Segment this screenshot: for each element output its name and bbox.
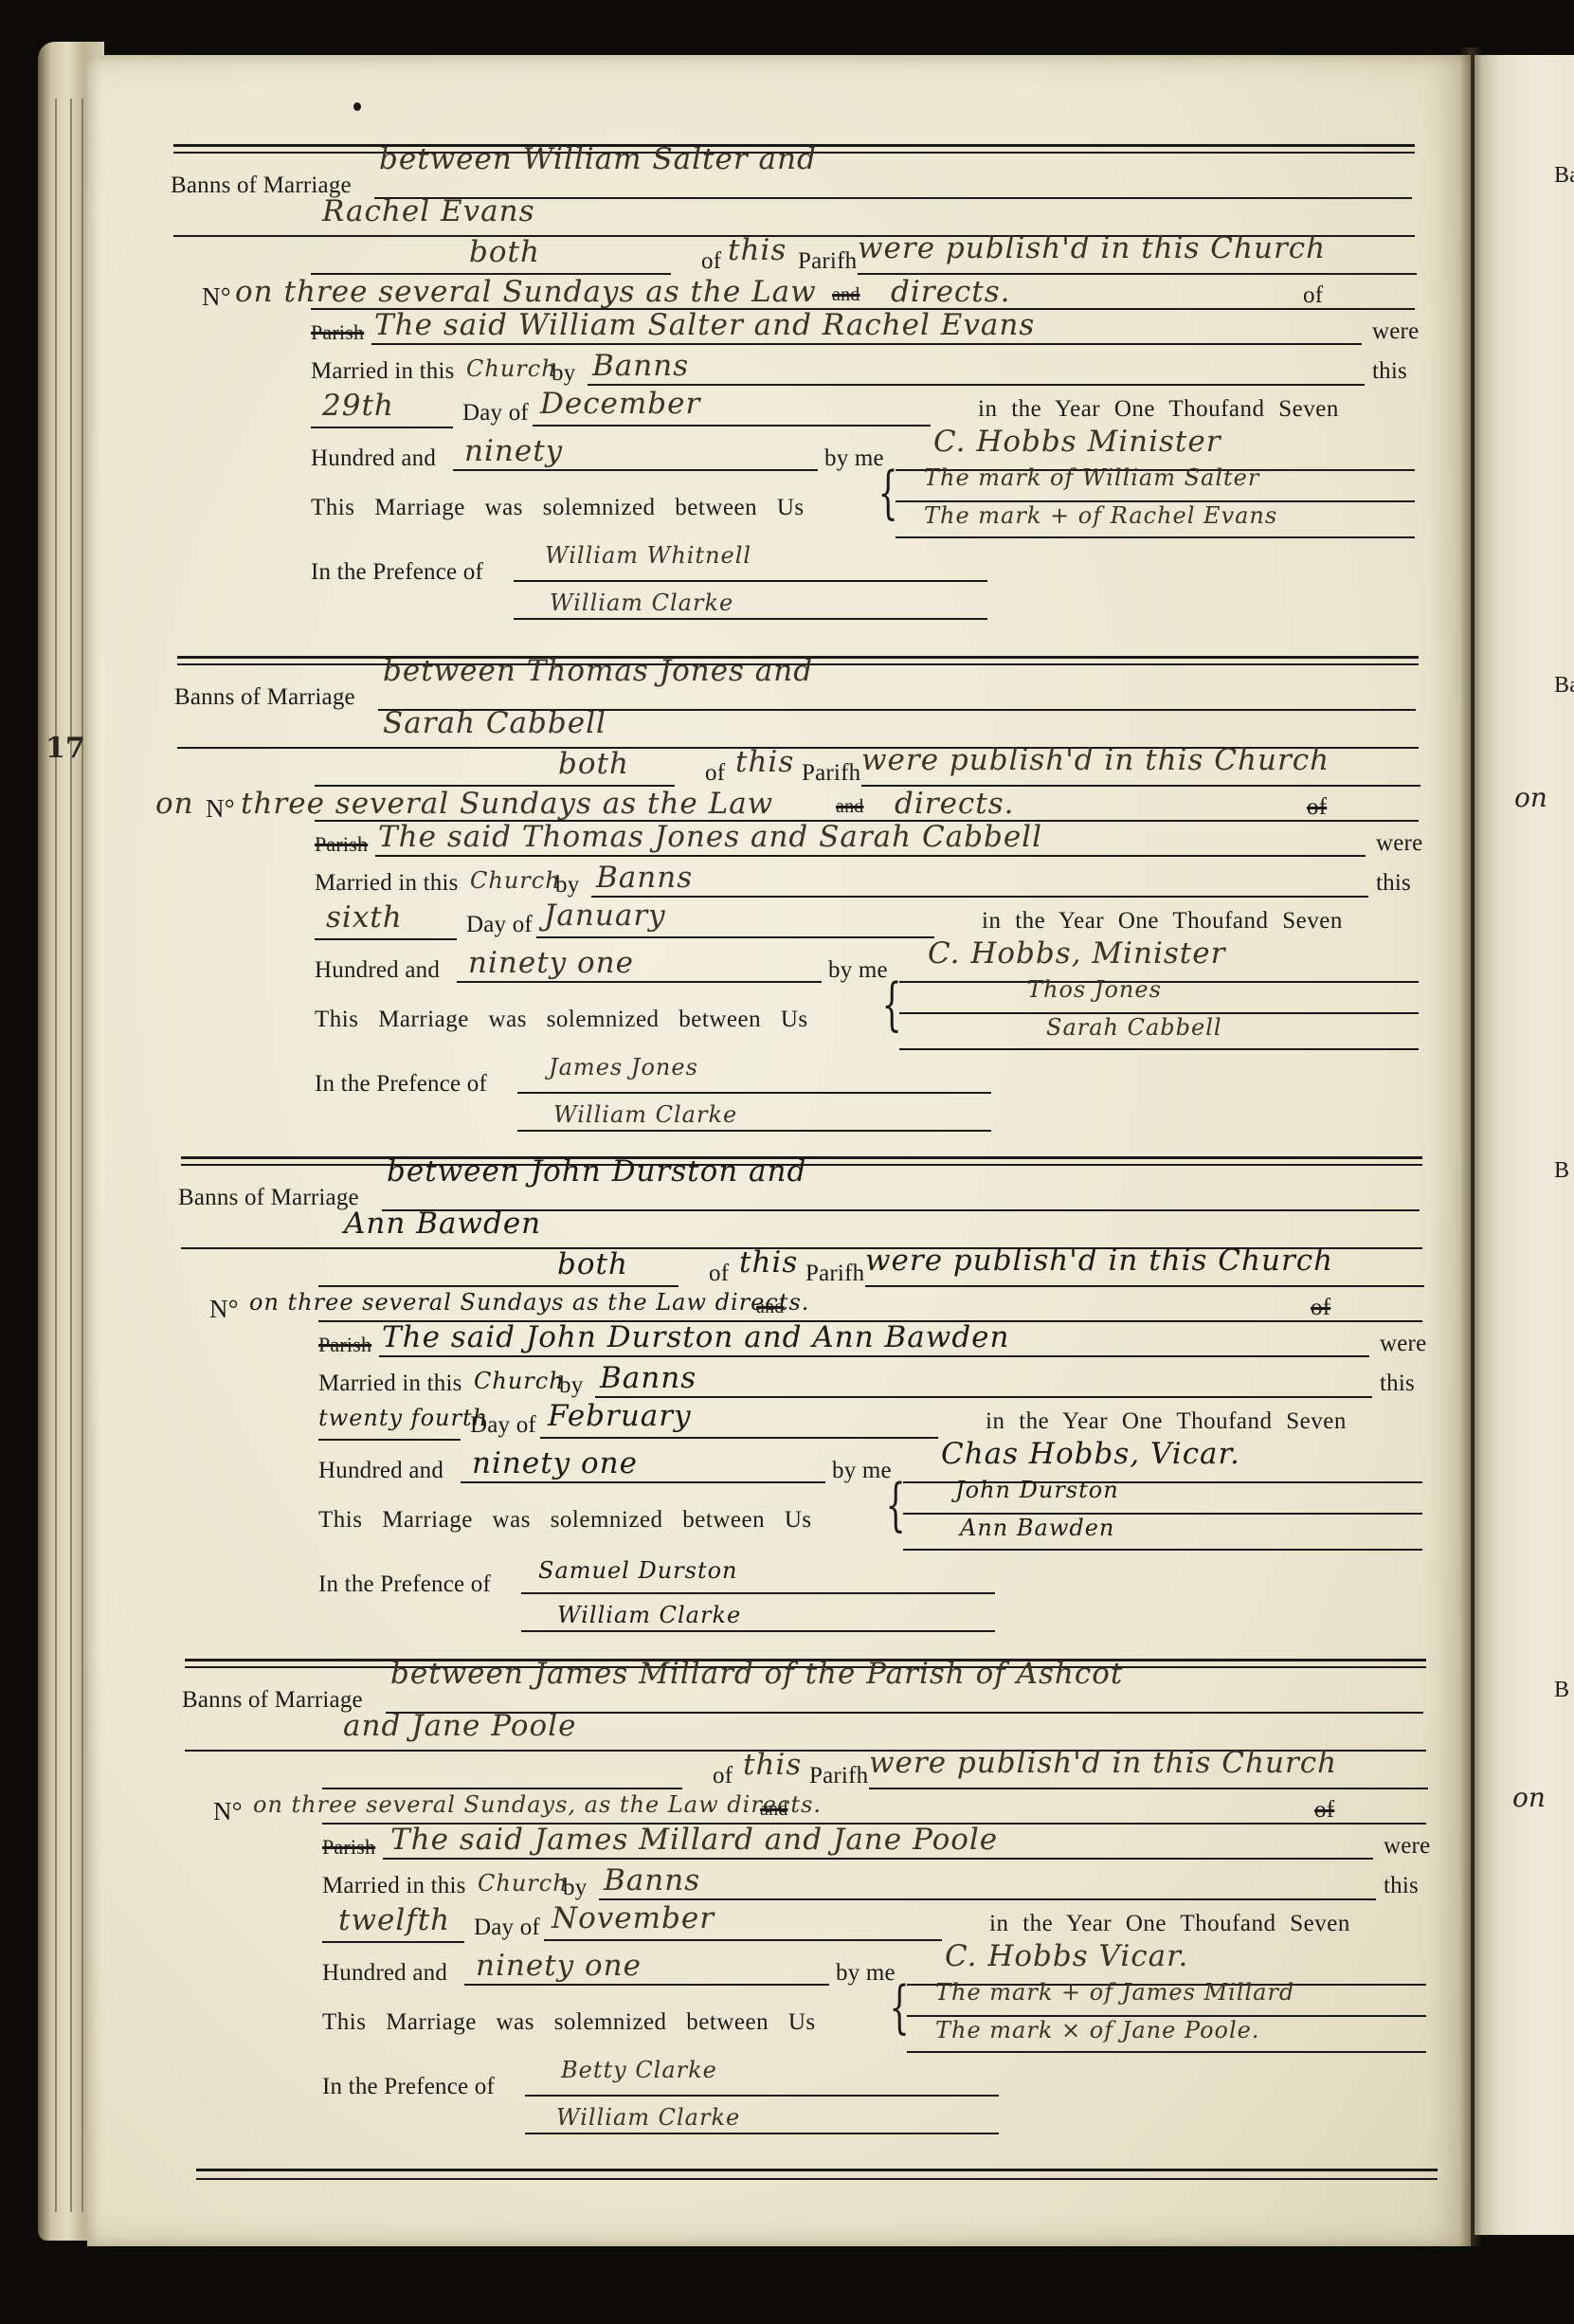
sundays-statement: three several Sundays as the Law	[241, 787, 773, 821]
form-text: this	[1372, 358, 1407, 385]
struck-form-text: Parish	[322, 1835, 375, 1860]
party1-signature: John Durston	[955, 1477, 1119, 1503]
form-text: were	[1372, 318, 1419, 345]
struck-form-text: of	[1307, 794, 1327, 821]
form-text: of	[1303, 282, 1323, 309]
said-parties: The said James Millard and Jane Poole	[390, 1823, 998, 1857]
form-text: of	[713, 1763, 733, 1789]
banns-parties-line2: Sarah Cabbell	[383, 706, 606, 740]
published-statement: were publish'd in this Church	[869, 1746, 1337, 1780]
form-text: Parifh	[809, 1763, 868, 1789]
marriage-year: ninety one	[472, 1446, 638, 1480]
published-statement: were publish'd in this Church	[861, 743, 1330, 777]
marriage-month: January	[544, 899, 666, 933]
form-text: Married in this	[315, 870, 459, 897]
facing-page-handwriting: on	[1512, 1782, 1546, 1813]
form-text: this	[1384, 1873, 1419, 1899]
party2-signature: The mark × of Jane Poole.	[935, 2017, 1260, 2043]
form-text: Hundred and	[318, 1458, 443, 1484]
form-text: Parifh	[798, 248, 857, 275]
marriage-method: Banns	[600, 1361, 697, 1395]
brace-symbol: {	[878, 464, 898, 521]
party1-signature: Thos Jones	[1027, 976, 1162, 1003]
marriage-day: 29th	[322, 389, 394, 423]
banns-label: Banns of Marriage	[182, 1687, 363, 1714]
brace-symbol: {	[882, 976, 902, 1033]
form-text: by	[552, 360, 575, 387]
facing-page-fragment: B	[1554, 1678, 1569, 1703]
solemnized-label: This Marriage was solemnized between Us	[318, 1507, 812, 1534]
form-text: were	[1376, 830, 1422, 857]
witness2-signature: William Clarke	[557, 1602, 741, 1628]
page-edge-line	[55, 99, 57, 2212]
struck-form-text: of	[1311, 1295, 1330, 1321]
form-text: by	[555, 872, 579, 899]
place-of-marriage: Church	[466, 355, 557, 382]
entry-number-label: N°	[206, 794, 235, 824]
sundays-statement: on three several Sundays, as the Law dir…	[253, 1791, 822, 1818]
officiant-signature: C. Hobbs Minister	[933, 425, 1221, 459]
solemnized-label: This Marriage was solemnized between Us	[315, 1007, 808, 1033]
entry-number-label: N°	[213, 1797, 243, 1826]
entry-number-label: N°	[209, 1295, 239, 1324]
marriage-year: ninety	[464, 434, 563, 468]
form-text: Hundred and	[315, 957, 440, 984]
facing-page	[1474, 55, 1574, 2235]
said-parties: The said Thomas Jones and Sarah Cabbell	[378, 820, 1042, 854]
form-text: by	[559, 1372, 583, 1399]
presence-label: In the Prefence of	[315, 1071, 487, 1098]
marriage-method: Banns	[592, 349, 689, 383]
facing-page-handwriting: on	[1514, 782, 1547, 813]
parish-qualifier: this	[743, 1748, 802, 1782]
banns-parties-line2: Ann Bawden	[344, 1207, 541, 1241]
witness1-signature: Betty Clarke	[561, 2057, 717, 2083]
witness2-signature: William Clarke	[556, 2104, 740, 2131]
page-edge-line	[70, 99, 72, 2212]
form-text: Parifh	[805, 1261, 864, 1287]
struck-form-text: Parish	[315, 832, 368, 857]
form-text: were	[1384, 1833, 1430, 1860]
form-text: in the Year One Thoufand Seven	[989, 1911, 1350, 1937]
residence-qualifier: both	[558, 747, 629, 781]
marriage-year: ninety one	[468, 946, 634, 980]
marriage-day: twelfth	[338, 1903, 450, 1937]
officiant-signature: C. Hobbs Vicar.	[945, 1939, 1188, 1973]
marriage-method: Banns	[596, 861, 693, 895]
published-statement: were publish'd in this Church	[858, 231, 1326, 265]
ink-speck	[353, 102, 361, 111]
banns-parties-line1: between James Millard of the Parish of A…	[390, 1657, 1123, 1691]
form-text: of	[705, 760, 725, 787]
form-text: Hundred and	[311, 445, 436, 472]
solemnized-label: This Marriage was solemnized between Us	[311, 495, 805, 521]
form-text: in the Year One Thoufand Seven	[986, 1408, 1347, 1435]
form-text: by me	[836, 1960, 896, 1987]
marriage-month: February	[548, 1399, 692, 1433]
struck-form-text: and	[760, 1799, 787, 1821]
form-text: Married in this	[311, 358, 455, 385]
witness2-signature: William Clarke	[553, 1101, 737, 1128]
struck-form-text: Parish	[311, 320, 364, 345]
residence-qualifier: both	[469, 235, 540, 269]
margin-folio-number: 17	[45, 732, 85, 765]
witness1-signature: William Whitnell	[545, 542, 751, 569]
form-text: this	[1376, 870, 1411, 897]
directs-text: directs.	[895, 787, 1015, 821]
sundays-statement: on three several Sundays as the Law	[235, 275, 817, 309]
marriage-month: November	[552, 1901, 715, 1935]
no-prefix: on	[155, 787, 194, 821]
form-text: in the Year One Thoufand Seven	[978, 396, 1339, 423]
presence-label: In the Prefence of	[318, 1571, 491, 1598]
facing-page-fragment: B	[1554, 1158, 1569, 1184]
form-text: Day of	[466, 912, 533, 938]
struck-form-text: of	[1314, 1797, 1334, 1824]
facing-page-fragment: Ba	[1554, 673, 1574, 699]
page-edge-line	[81, 99, 83, 2212]
form-text: by me	[828, 957, 888, 984]
form-text: by	[563, 1875, 587, 1901]
struck-form-text: and	[832, 284, 859, 306]
form-text: by me	[832, 1458, 892, 1484]
form-text: were	[1380, 1331, 1426, 1357]
form-text: this	[1380, 1371, 1415, 1397]
brace-symbol: {	[886, 1477, 906, 1534]
form-text: by me	[824, 445, 884, 472]
parish-qualifier: this	[728, 233, 787, 267]
witness1-signature: Samuel Durston	[538, 1557, 738, 1584]
banns-parties-line1: between Thomas Jones and	[383, 654, 813, 688]
witness1-signature: James Jones	[549, 1054, 698, 1080]
parish-qualifier: this	[739, 1245, 798, 1280]
form-text: Day of	[470, 1412, 536, 1439]
banns-label: Banns of Marriage	[174, 684, 355, 711]
party2-signature: Ann Bawden	[960, 1515, 1114, 1541]
form-text: Married in this	[322, 1873, 466, 1899]
banns-parties-line1: between John Durston and	[387, 1154, 806, 1189]
banns-label: Banns of Marriage	[178, 1185, 359, 1211]
marriage-year: ninety one	[476, 1949, 642, 1983]
entry-number-label: N°	[202, 282, 231, 312]
witness2-signature: William Clarke	[550, 590, 733, 616]
form-text: of	[709, 1261, 729, 1287]
party1-signature: The mark of William Salter	[924, 464, 1259, 491]
place-of-marriage: Church	[474, 1368, 565, 1394]
form-text: Parifh	[802, 760, 860, 787]
said-parties: The said William Salter and Rachel Evans	[374, 308, 1035, 342]
residence-qualifier: both	[557, 1247, 628, 1281]
officiant-signature: Chas Hobbs, Vicar.	[941, 1437, 1240, 1471]
parish-qualifier: this	[735, 745, 794, 779]
marriage-month: December	[540, 387, 700, 421]
sundays-statement: on three several Sundays as the Law dire…	[249, 1289, 809, 1316]
form-text: in the Year One Thoufand Seven	[982, 908, 1343, 935]
brace-symbol: {	[890, 1979, 910, 2036]
banns-parties-line2: Rachel Evans	[322, 194, 534, 228]
place-of-marriage: Church	[478, 1870, 569, 1897]
marriage-day: sixth	[326, 900, 403, 935]
book-gutter	[1459, 47, 1482, 2246]
facing-page-fragment: Ba	[1554, 163, 1574, 189]
banns-parties-line1: between William Salter and	[379, 142, 817, 176]
party1-signature: The mark + of James Millard	[935, 1979, 1294, 2006]
officiant-signature: C. Hobbs, Minister	[928, 936, 1225, 971]
presence-label: In the Prefence of	[322, 2074, 495, 2100]
form-text: Day of	[474, 1915, 540, 1941]
party2-signature: Sarah Cabbell	[1046, 1014, 1222, 1041]
presence-label: In the Prefence of	[311, 559, 483, 586]
form-text: of	[701, 248, 721, 275]
party2-signature: The mark + of Rachel Evans	[924, 502, 1277, 529]
directs-text: directs.	[891, 275, 1011, 309]
published-statement: were publish'd in this Church	[865, 1244, 1333, 1278]
form-text: Married in this	[318, 1371, 462, 1397]
form-text: Day of	[462, 400, 529, 427]
banns-parties-line2: and Jane Poole	[343, 1709, 576, 1743]
form-text: Hundred and	[322, 1960, 447, 1987]
marriage-method: Banns	[604, 1863, 700, 1897]
solemnized-label: This Marriage was solemnized between Us	[322, 2009, 816, 2036]
struck-form-text: and	[836, 796, 863, 818]
said-parties: The said John Durston and Ann Bawden	[382, 1320, 1009, 1354]
marriage-day: twenty fourth	[318, 1405, 488, 1431]
place-of-marriage: Church	[470, 867, 561, 894]
struck-form-text: and	[756, 1297, 784, 1318]
struck-form-text: Parish	[318, 1333, 371, 1357]
